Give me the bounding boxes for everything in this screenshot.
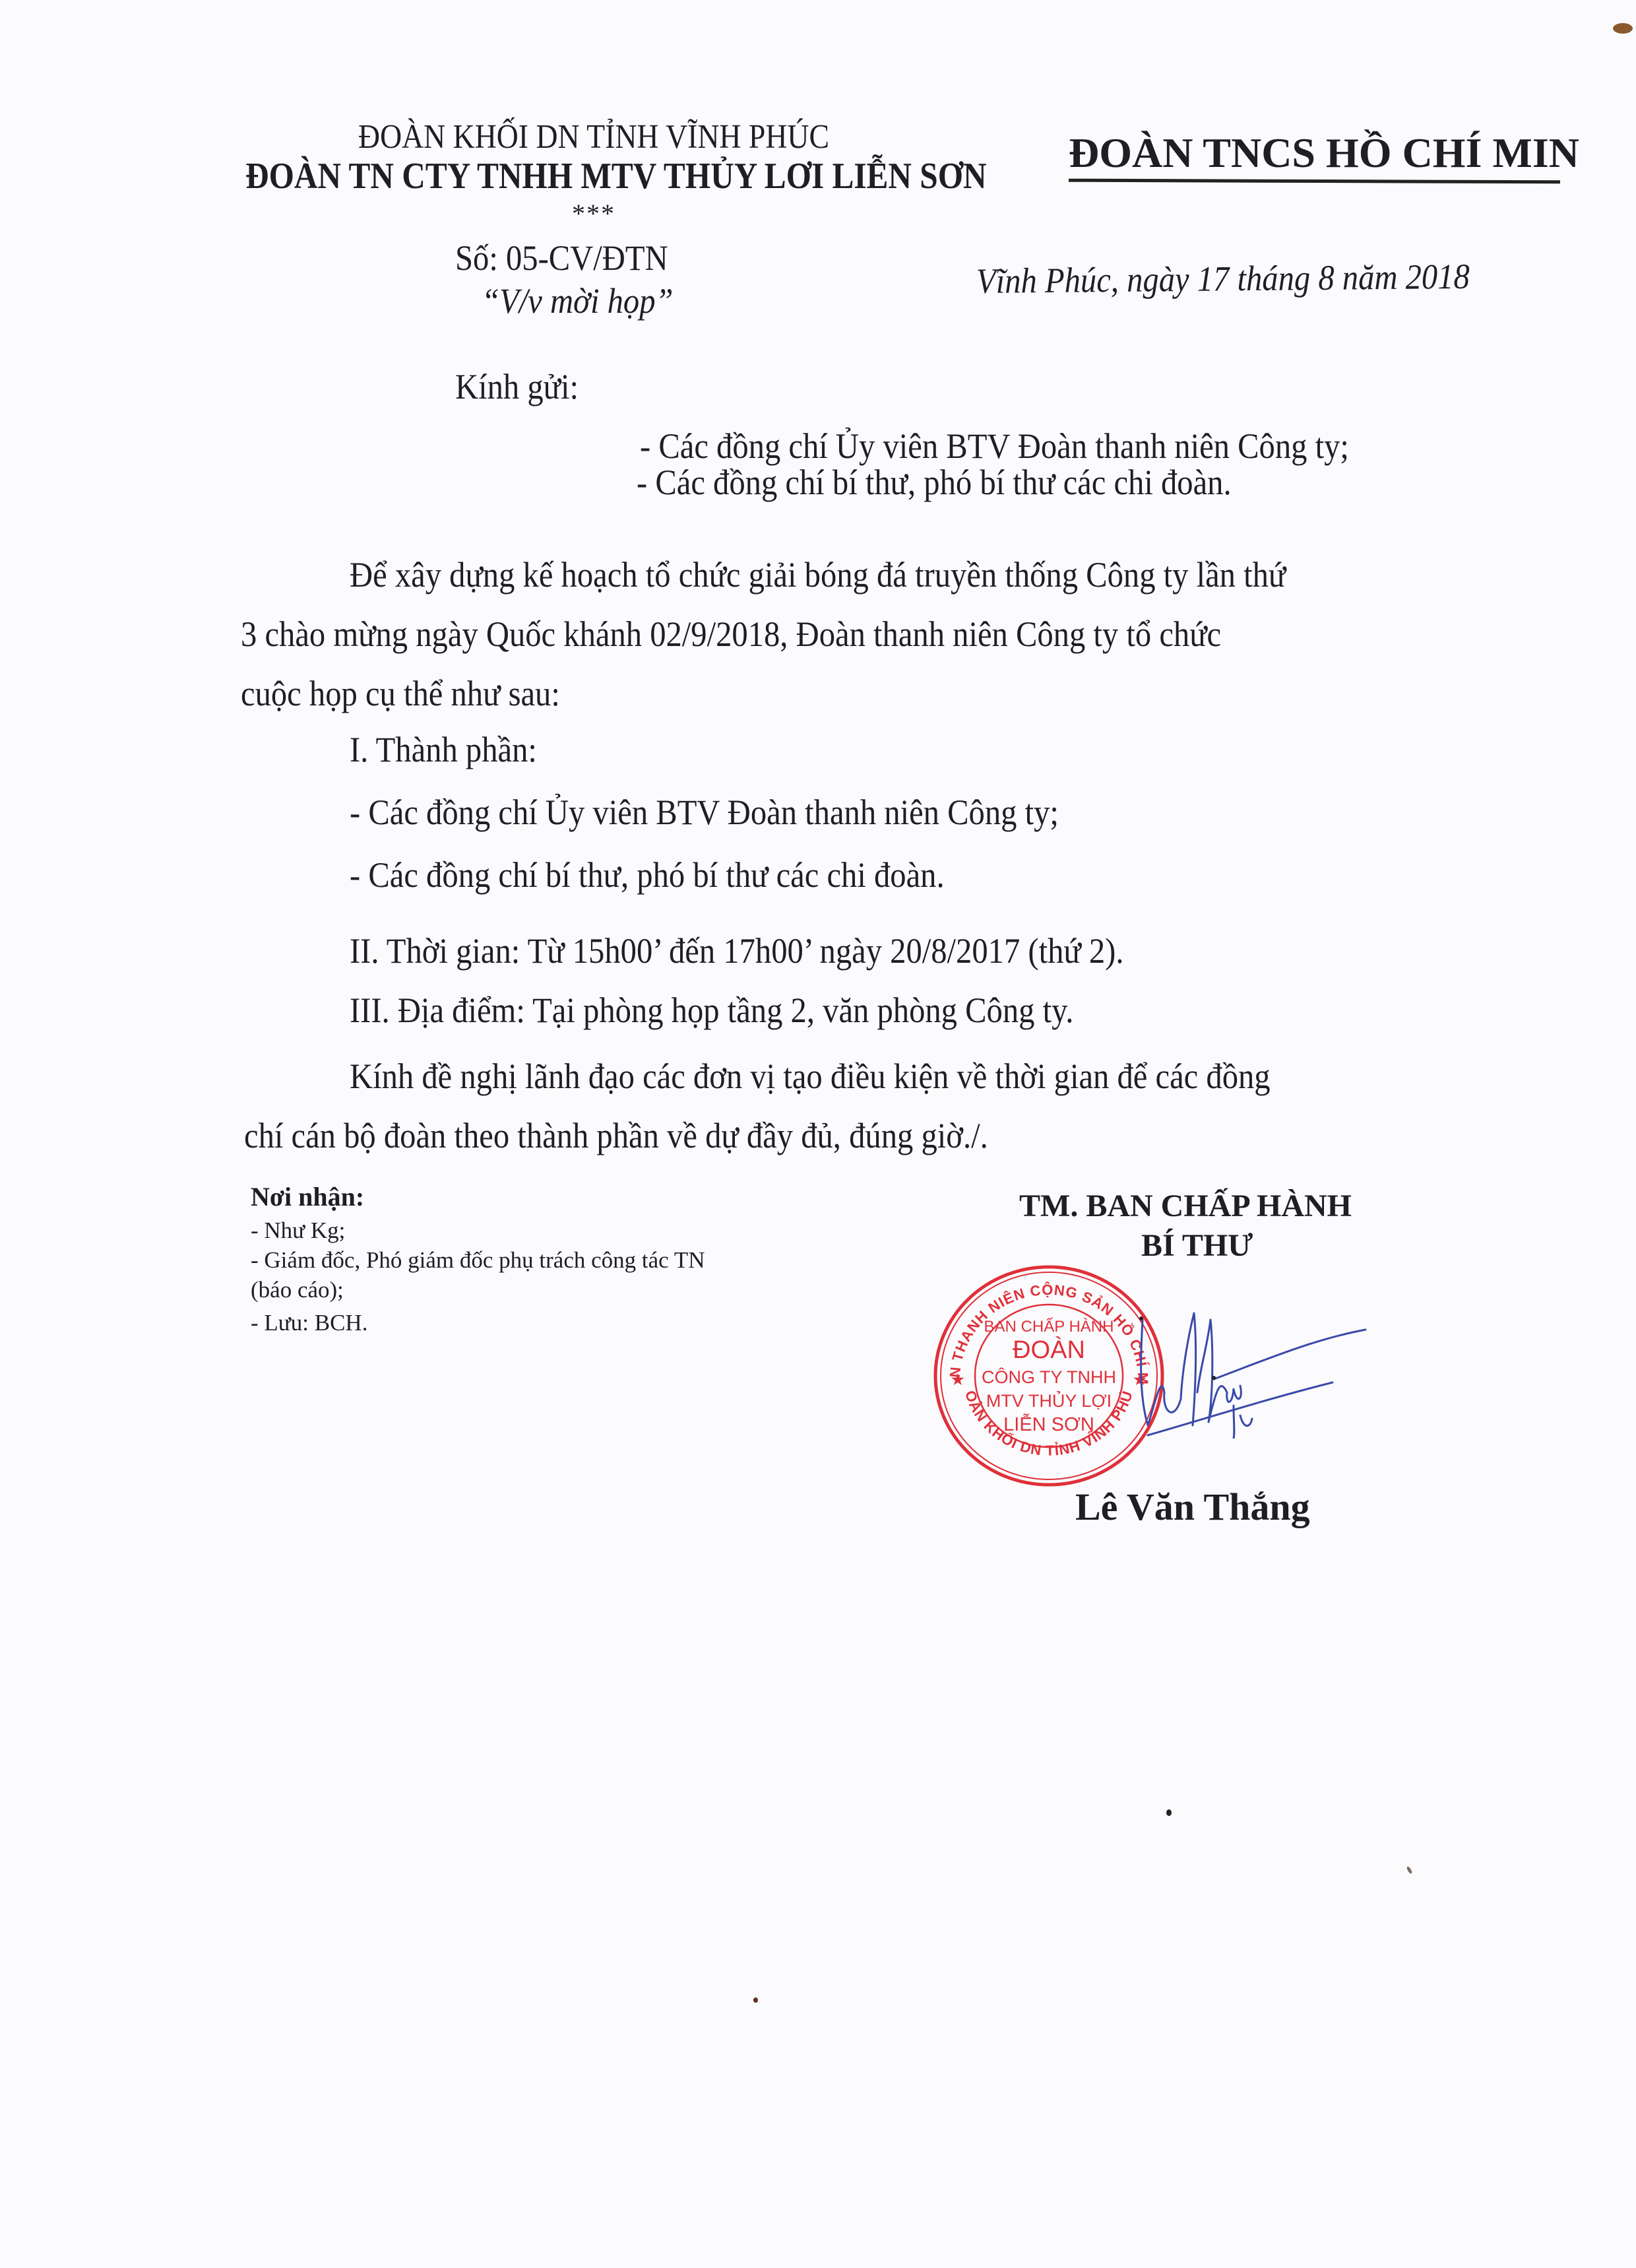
stamp-inner-line: ĐOÀN (1013, 1336, 1085, 1364)
place-date: Vĩnh Phúc, ngày 17 tháng 8 năm 2018 (976, 256, 1470, 302)
intro-paragraph-line: cuộc họp cụ thể như sau: (241, 673, 560, 714)
stamp-inner-line: BAN CHẤP HÀNH (984, 1317, 1114, 1336)
scan-speck (1166, 1809, 1172, 1816)
union-name: ĐOÀN TNCS HỒ CHÍ MIN (1069, 129, 1579, 178)
intro-paragraph-line: 3 chào mừng ngày Quốc khánh 02/9/2018, Đ… (241, 614, 1221, 655)
recipient-item: - Giám đốc, Phó giám đốc phụ trách công … (251, 1247, 705, 1274)
scan-speck (1406, 1866, 1412, 1875)
handwritten-signature-icon (1135, 1307, 1372, 1439)
closing-paragraph-line: Kính đề nghị lãnh đạo các đơn vị tạo điề… (350, 1056, 1271, 1097)
section-location: III. Địa điểm: Tại phòng họp tầng 2, văn… (350, 990, 1073, 1031)
signer-name: Lê Văn Thắng (1075, 1485, 1310, 1529)
document-number: Số: 05-CV/ĐTN (455, 238, 668, 278)
addressee-item: - Các đồng chí bí thư, phó bí thư các ch… (637, 462, 1232, 503)
section-participants-title: I. Thành phần: (350, 729, 537, 770)
intro-paragraph-line: Để xây dựng kế hoạch tổ chức giải bóng đ… (350, 554, 1286, 595)
stamp-inner-line: CÔNG TY TNHH (982, 1367, 1116, 1387)
header-separator: *** (528, 198, 660, 229)
recipient-item: - Như Kg; (251, 1217, 345, 1244)
recipients-title: Nơi nhận: (251, 1181, 364, 1212)
closing-paragraph-line: chí cán bộ đoàn theo thành phần về dự đầ… (244, 1115, 988, 1156)
union-name-underline (1069, 179, 1560, 184)
addressee-label: Kính gửi: (455, 366, 579, 407)
org-parent: ĐOÀN KHỐI DN TỈNH VĨNH PHÚC (268, 117, 919, 156)
recipient-item: (báo cáo); (251, 1277, 344, 1303)
svg-text:★: ★ (951, 1371, 964, 1388)
section-time: II. Thời gian: Từ 15h00’ đến 17h00’ ngày… (350, 930, 1124, 971)
scan-speck (753, 1997, 758, 2003)
participant-item: - Các đồng chí Ủy viên BTV Đoàn thanh ni… (350, 792, 1059, 833)
participant-item: - Các đồng chí bí thư, phó bí thư các ch… (350, 855, 945, 895)
signature-on-behalf: TM. BAN CHẤP HÀNH (1019, 1188, 1352, 1224)
document-subject: “V/v mời họp” (482, 280, 674, 321)
stamp-inner-line: LIỄN SƠN (1003, 1413, 1094, 1435)
org-unit: ĐOÀN TN CTY TNHH MTV THỦY LƠI LIỄN SƠN (245, 155, 942, 197)
stamp-inner-line: MTV THỦY LỢI (986, 1390, 1112, 1411)
recipient-item: - Lưu: BCH. (251, 1310, 367, 1336)
scan-speck (1613, 23, 1633, 34)
addressee-item: - Các đồng chí Ủy viên BTV Đoàn thanh ni… (640, 426, 1349, 467)
